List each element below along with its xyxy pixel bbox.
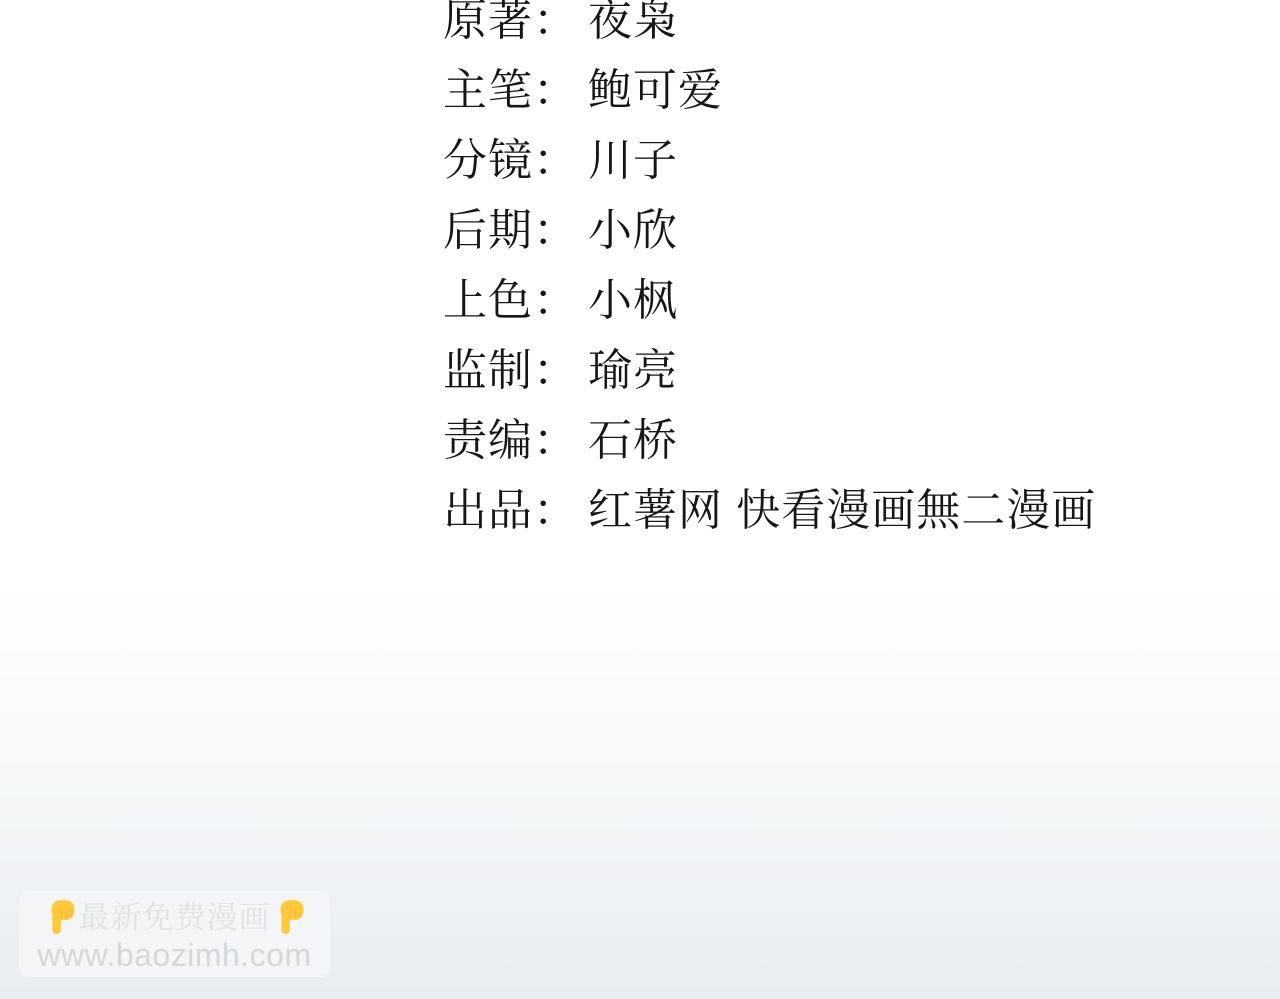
credit-row-post-production: 后期： 小欣	[0, 196, 1280, 266]
credit-person-value: 小欣	[588, 209, 678, 253]
credit-person-value: 夜枭	[588, 0, 678, 43]
watermark-url: www.baozimh.com	[37, 939, 311, 971]
credit-row-storyboard: 分镜： 川子	[0, 126, 1280, 196]
credit-row-lead-artist: 主笔： 鲍可爱	[0, 56, 1280, 126]
credit-role-label: 主笔：	[0, 69, 578, 113]
credit-row-producer: 出品： 红薯网 快看漫画無二漫画	[0, 476, 1280, 546]
credit-row-supervisor: 监制： 瑜亮	[0, 336, 1280, 406]
credit-person-value: 红薯网 快看漫画無二漫画	[588, 489, 1096, 533]
backhand-index-pointing-down-icon	[274, 899, 305, 935]
credit-row-editor: 责编： 石桥	[0, 406, 1280, 476]
credit-role-label: 监制：	[0, 349, 578, 393]
credit-role-label: 上色：	[0, 279, 578, 323]
credit-role-label: 原著：	[0, 0, 578, 43]
credit-row-coloring: 上色： 小枫	[0, 266, 1280, 336]
credit-row-original-author: 原著： 夜枭	[0, 0, 1280, 56]
watermark-promo-text: 最新免费漫画	[79, 902, 271, 933]
credit-role-label: 分镜：	[0, 139, 578, 183]
credit-role-label: 后期：	[0, 209, 578, 253]
credits-list: 原著： 夜枭 主笔： 鲍可爱 分镜： 川子 后期： 小欣 上色： 小枫 监制： …	[0, 0, 1280, 546]
credit-person-value: 石桥	[588, 419, 678, 463]
credit-person-value: 小枫	[588, 279, 678, 323]
credit-person-value: 川子	[588, 139, 678, 183]
credit-role-label: 责编：	[0, 419, 578, 463]
credit-person-value: 瑜亮	[588, 349, 678, 393]
credit-role-label: 出品：	[0, 489, 578, 533]
backhand-index-pointing-down-icon	[45, 899, 76, 935]
site-watermark: 最新免费漫画 www.baozimh.com	[19, 891, 330, 977]
comic-credits-page: { "page": { "bg_top": "#ffffff", "bg_bot…	[0, 0, 1280, 999]
watermark-promo-line: 最新免费漫画	[45, 899, 305, 935]
credit-person-value: 鲍可爱	[588, 69, 723, 113]
